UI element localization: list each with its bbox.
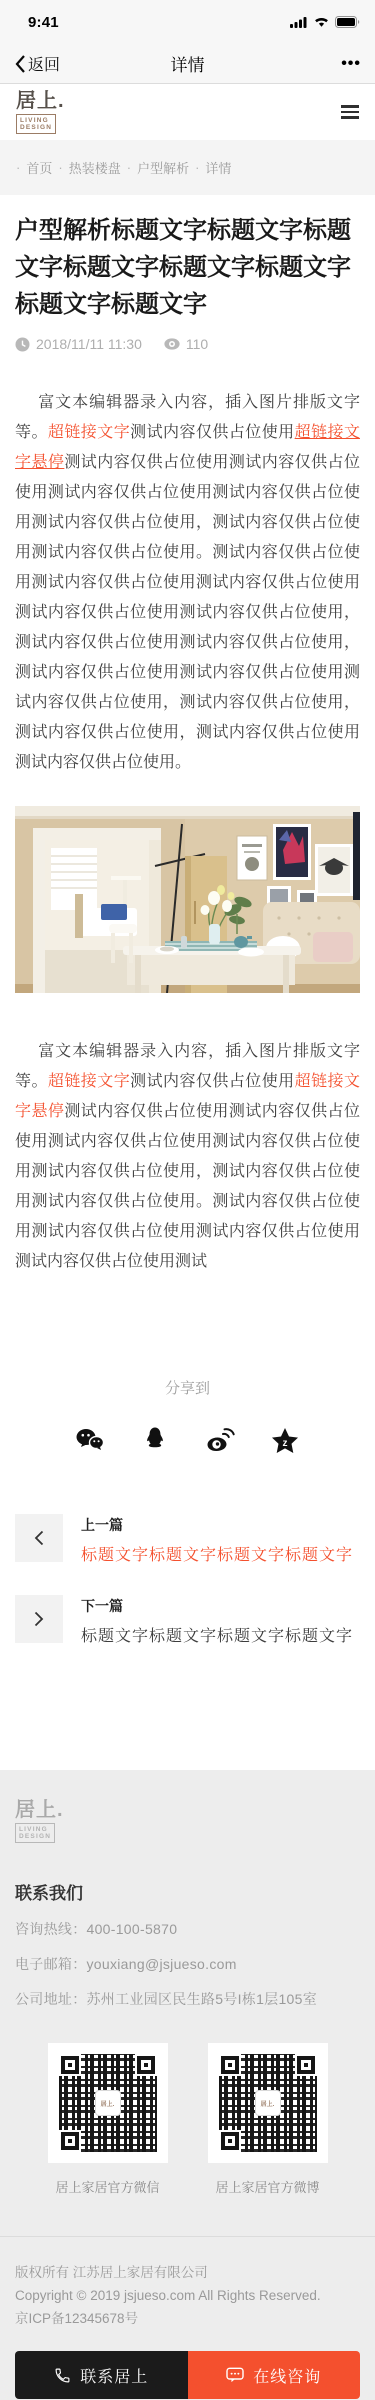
breadcrumb: · 首页 · 热装楼盘 · 户型解析 · 详情 [0,140,375,195]
qr-section: 居上. 居上家居官方微信 居上. 居上家居官方微博 [15,2043,360,2196]
copyright-line-icp: 京ICP备12345678号 [15,2307,360,2330]
prev-next-nav: 上一篇 标题文字标题文字标题文字标题文字 下一篇 标题文字标题文字标题文字标题文… [0,1514,375,1676]
logo-tag-line1: LIVING [20,117,52,124]
weibo-qr-code: 居上. [219,2054,317,2152]
more-button[interactable]: ••• [341,55,361,73]
address-value: 苏州工业园区民生路5号I栋1层105室 [87,1991,318,2007]
contact-us-label: 联系居上 [80,2364,148,2387]
email-value: youxiang@jsjueso.com [87,1956,237,1972]
page: 9:41 详情 返回 ••• 居上. LIVING DESIGN · 首页 · … [0,0,375,2400]
copyright-line-rights: Copyright © 2019 jsjueso.com All Rights … [15,2284,360,2307]
weibo-qr-caption: 居上家居官方微博 [208,2177,328,2196]
back-label: 返回 [28,52,60,75]
hyperlink[interactable]: 超链接文字 [48,424,130,441]
contact-email-row: 电子邮箱：youxiang@jsjueso.com [15,1954,360,1974]
p1-text: 测试内容仅供占位使用 [130,424,294,441]
wechat-qr-card: 居上. [48,2043,168,2163]
footer-logo-name: 居上. [15,1800,360,1820]
p2-text: 测试内容仅供占位使用测试内容仅供占位使用测试内容仅供占位使用测试内容仅供占位使用… [15,1103,360,1270]
breadcrumb-item-properties[interactable]: 热装楼盘 [69,158,121,177]
hyperlink[interactable]: 超链接文字 [48,1073,130,1090]
qzone-star-icon: z [271,1427,299,1454]
battery-icon [335,16,360,28]
phone-icon [54,2367,71,2384]
paragraph-1: 富文本编辑器录入内容，插入图片排版文字等。超链接文字测试内容仅供占位使用超链接文… [15,388,360,778]
share-qzone-button[interactable]: z [269,1424,301,1456]
paragraph-2: 富文本编辑器录入内容，插入图片排版文字等。超链接文字测试内容仅供占位使用超链接文… [15,1037,360,1277]
wechat-icon [75,1427,105,1453]
site-header: 居上. LIVING DESIGN [0,84,375,140]
article: 户型解析标题文字标题文字标题文字标题文字标题文字标题文字标题文字标题文字 201… [0,195,375,1277]
crumb-dot: · [58,160,62,175]
share-section: 分享到 z [0,1377,375,1456]
breadcrumb-item-detail[interactable]: 详情 [205,158,231,177]
footer-logo-tagline: LIVING DESIGN [15,1823,55,1843]
p1-text: 测试内容仅供占位使用测试内容仅供占位使用测试内容仅供占位使用测试内容仅供占位使用… [15,454,360,771]
qr-center-logo: 居上. [255,2090,281,2116]
article-meta: 2018/11/11 11:30 110 [15,336,360,352]
address-label: 公司地址： [15,1991,87,2007]
share-heading: 分享到 [0,1377,375,1398]
share-weibo-button[interactable] [204,1424,236,1456]
clock-icon [15,337,30,352]
contact-heading: 联系我们 [15,1879,360,1904]
online-chat-label: 在线咨询 [253,2364,321,2387]
next-article-link[interactable]: 下一篇 标题文字标题文字标题文字标题文字 [15,1595,360,1646]
menu-icon[interactable] [341,102,359,122]
crumb-dot: · [195,160,199,175]
breadcrumb-item-home[interactable]: 首页 [26,158,52,177]
prev-tag: 上一篇 [81,1515,353,1535]
qzone-glyph: z [283,1438,288,1449]
status-time: 9:41 [28,14,59,31]
article-title: 户型解析标题文字标题文字标题文字标题文字标题文字标题文字标题文字标题文字 [15,212,360,323]
p2-text: 测试内容仅供占位使用 [130,1073,294,1090]
chevron-left-icon [14,54,26,74]
meta-views: 110 [164,336,208,352]
interior-photo [15,806,360,993]
signal-icon [290,16,308,28]
email-label: 电子邮箱： [15,1956,87,1972]
views-count: 110 [186,336,208,352]
breadcrumb-item-analysis[interactable]: 户型解析 [137,158,189,177]
wechat-qr-caption: 居上家居官方微信 [48,2177,168,2196]
wifi-icon [313,16,330,28]
wechat-qr-code: 居上. [59,2054,157,2152]
qq-icon [143,1426,167,1454]
copyright-line-company: 版权所有 江苏居上家居有限公司 [15,2261,360,2284]
prev-title[interactable]: 标题文字标题文字标题文字标题文字 [81,1542,353,1565]
share-icons: z [0,1424,375,1456]
crumb-dot: · [16,160,20,175]
hotline-value: 400-100-5870 [87,1921,178,1937]
logo-tagline: LIVING DESIGN [16,114,56,134]
contact-address-row: 公司地址：苏州工业园区民生路5号I栋1层105室 [15,1989,360,2009]
logo-name: 居上. [16,91,65,111]
date-text: 2018/11/11 11:30 [36,336,142,352]
next-article-text: 下一篇 标题文字标题文字标题文字标题文字 [81,1595,353,1646]
wechat-qr-block: 居上. 居上家居官方微信 [48,2043,168,2196]
prev-article-text: 上一篇 标题文字标题文字标题文字标题文字 [81,1514,353,1565]
chevron-right-icon [34,1611,44,1627]
chevron-left-icon [34,1530,44,1546]
share-qq-button[interactable] [139,1424,171,1456]
back-button[interactable]: 返回 [14,52,60,75]
footer-logo-tag-line2: DESIGN [19,1833,51,1840]
weibo-icon [205,1427,235,1453]
contact-us-button[interactable]: 联系居上 [15,2351,188,2399]
footer: 居上. LIVING DESIGN 联系我们 咨询热线：400-100-5870… [0,1770,375,2400]
prev-article-link[interactable]: 上一篇 标题文字标题文字标题文字标题文字 [15,1514,360,1565]
site-logo[interactable]: 居上. LIVING DESIGN [16,91,65,134]
qr-center-logo: 居上. [95,2090,121,2116]
weibo-qr-block: 居上. 居上家居官方微博 [208,2043,328,2196]
chat-bubble-icon [226,2367,244,2383]
copyright: 版权所有 江苏居上家居有限公司 Copyright © 2019 jsjueso… [15,2237,360,2330]
status-icons [290,16,360,28]
footer-logo-tag-line1: LIVING [19,1826,51,1833]
crumb-dot: · [127,160,131,175]
meta-date: 2018/11/11 11:30 [15,336,142,352]
next-tag: 下一篇 [81,1596,353,1616]
article-image [15,806,360,993]
nav-bar: 详情 返回 ••• [0,44,375,84]
online-chat-button[interactable]: 在线咨询 [188,2351,361,2399]
share-wechat-button[interactable] [74,1424,106,1456]
prev-button[interactable] [15,1514,63,1562]
status-bar: 9:41 [0,0,375,44]
hotline-label: 咨询热线： [15,1921,87,1937]
next-button[interactable] [15,1595,63,1643]
views-eye-icon [164,338,180,350]
next-title[interactable]: 标题文字标题文字标题文字标题文字 [81,1623,353,1646]
weibo-qr-card: 居上. [208,2043,328,2163]
logo-tag-line2: DESIGN [20,124,52,131]
contact-hotline-row: 咨询热线：400-100-5870 [15,1919,360,1939]
bottom-action-bar: 联系居上 在线咨询 [15,2351,360,2399]
footer-logo: 居上. LIVING DESIGN [15,1800,360,1843]
